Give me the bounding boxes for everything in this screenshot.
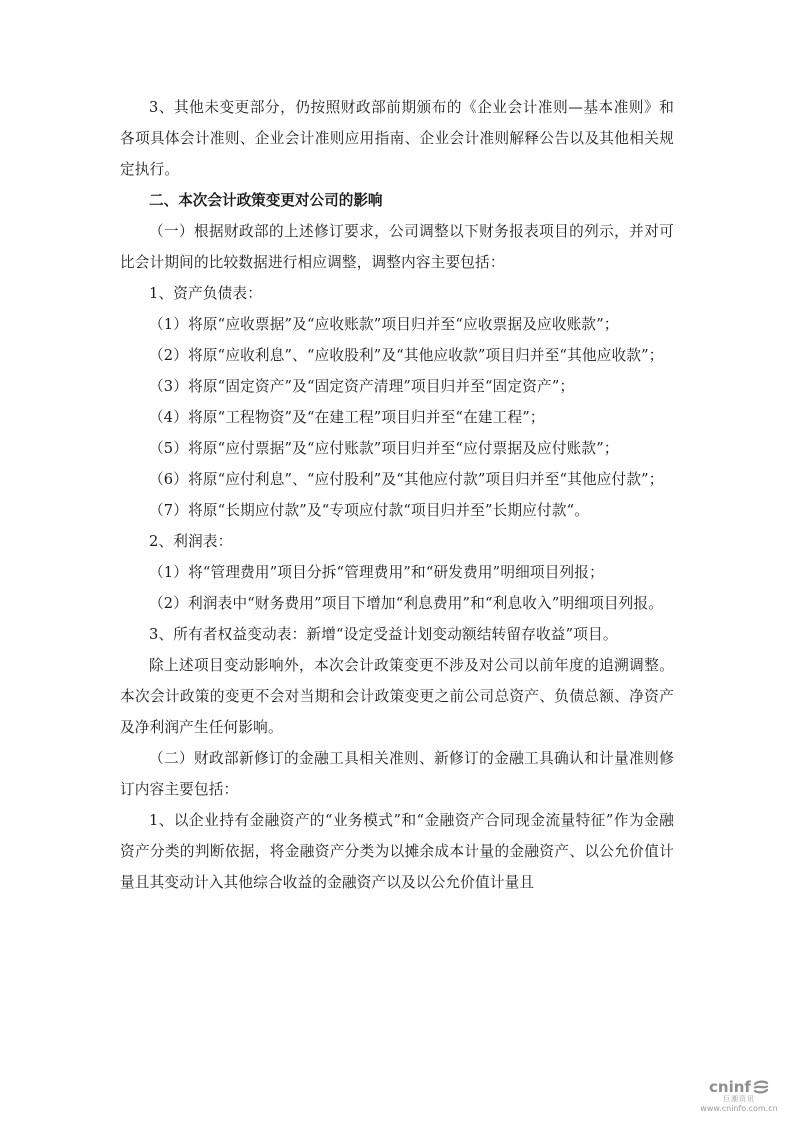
paragraph-no-retrospective-impact: 除上述项目变动影响外，本次会计政策变更不涉及对公司以前年度的追溯调整。本次会计政…	[120, 650, 674, 743]
paragraph-adjustment-intro: （一）根据财政部的上述修订要求，公司调整以下财务报表项目的列示，并对可比会计期间…	[120, 216, 674, 278]
list-item-balance-2: （2）将原“应收利息”、“应收股利”及“其他应收款”项目归并至“其他应收款”；	[120, 340, 674, 371]
list-item-balance-1: （1）将原“应收票据”及“应收账款”项目归并至“应收票据及应收账款”；	[120, 309, 674, 340]
paragraph-balance-sheet-title: 1、资产负债表：	[120, 278, 674, 309]
paragraph-income-statement-title: 2、利润表：	[120, 526, 674, 557]
list-item-balance-7: （7）将原“长期应付款”及“专项应付款“项目归并至”长期应付款“。	[120, 495, 674, 526]
logo-url: www.cninfo.com.cn	[691, 1104, 787, 1114]
list-item-balance-5: （5）将原“应付票据”及“应付账款”项目归并至“应付票据及应付账款”；	[120, 433, 674, 464]
paragraph-equity-statement: 3、所有者权益变动表：新增“设定受益计划变动额结转留存收益”项目。	[120, 619, 674, 650]
paragraph-financial-assets-classification: 1、以企业持有金融资产的“业务模式”和“金融资产合同现金流量特征”作为金融资产分…	[120, 805, 674, 898]
list-item-balance-6: （6）将原“应付利息”、“应付股利”及“其他应付款”项目归并至“其他应付款”；	[120, 464, 674, 495]
list-item-balance-3: （3）将原“固定资产”及“固定资产清理”项目归并至“固定资产”；	[120, 371, 674, 402]
cninfo-swirl-icon	[753, 1080, 769, 1094]
list-item-income-2: （2）利润表中“财务费用”项目下增加“利息费用”和“利息收入”明细项目列报。	[120, 588, 674, 619]
logo-chinese-name: 巨潮资讯	[691, 1095, 787, 1104]
section-heading-impact: 二、本次会计政策变更对公司的影响	[120, 185, 674, 216]
list-item-balance-4: （4）将原“工程物资”及“在建工程”项目归并至“在建工程”；	[120, 402, 674, 433]
list-item-income-1: （1）将“管理费用”项目分拆“管理费用”和“研发费用”明细项目列报；	[120, 557, 674, 588]
logo-text: cninf	[709, 1079, 751, 1095]
paragraph-other-unchanged: 3、其他未变更部分，仍按照财政部前期颁布的《企业会计准则—基本准则》和各项具体会…	[120, 92, 674, 185]
cninfo-logo: cninf	[691, 1079, 787, 1095]
document-page: 3、其他未变更部分，仍按照财政部前期颁布的《企业会计准则—基本准则》和各项具体会…	[120, 92, 674, 898]
cninfo-watermark: cninf 巨潮资讯 www.cninfo.com.cn	[691, 1079, 787, 1114]
paragraph-financial-instruments-intro: （二）财政部新修订的金融工具相关准则、新修订的金融工具确认和计量准则修订内容主要…	[120, 743, 674, 805]
